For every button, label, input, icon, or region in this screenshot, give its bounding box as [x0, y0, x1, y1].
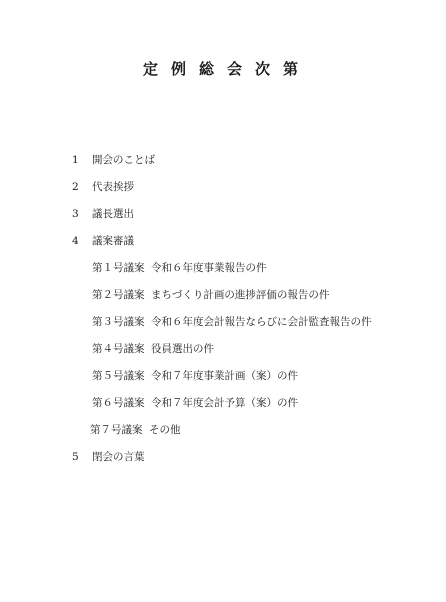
agenda-item-text: 閉会の言葉: [92, 448, 145, 466]
proposal-subject: 令和７年度会計予算（案）の件: [151, 394, 298, 412]
agenda-item-3: 3 議長選出: [0, 205, 446, 232]
agenda-item-text: 開会のことば: [92, 151, 155, 169]
proposal-label: 第６号議案: [92, 394, 145, 412]
agenda-item-number: 1: [72, 151, 79, 169]
proposal-subject: 令和７年度事業計画（案）の件: [151, 367, 298, 385]
agenda-item-number: 2: [72, 178, 79, 196]
proposal-7: 第７号議案 その他: [0, 421, 446, 448]
agenda-item-text: 議長選出: [92, 205, 134, 223]
proposal-label: 第１号議案: [92, 259, 145, 277]
proposal-label: 第３号議案: [92, 313, 145, 331]
proposal-label: 第５号議案: [92, 367, 145, 385]
document-title: 定例総会次第: [0, 58, 446, 79]
proposal-label: 第７号議案: [90, 421, 143, 439]
agenda-item-number: 3: [72, 205, 79, 223]
agenda-item-2: 2 代表挨拶: [0, 178, 446, 205]
agenda-item-4: 4 議案審議: [0, 232, 446, 259]
agenda-item-number: 4: [72, 232, 79, 250]
proposal-label: 第２号議案: [92, 286, 145, 304]
agenda-list: 1 開会のことば 2 代表挨拶 3 議長選出 4 議案審議 第１号議案 令和６年…: [0, 151, 446, 475]
agenda-item-number: 5: [72, 448, 79, 466]
agenda-item-text: 議案審議: [92, 232, 134, 250]
proposal-subject: 令和６年度事業報告の件: [151, 259, 267, 277]
agenda-item-5: 5 閉会の言葉: [0, 448, 446, 475]
proposal-subject: 令和６年度会計報告ならびに会計監査報告の件: [151, 313, 372, 331]
proposal-2: 第２号議案 まちづくり計画の進捗評価の報告の件: [0, 286, 446, 313]
proposal-6: 第６号議案 令和７年度会計予算（案）の件: [0, 394, 446, 421]
proposal-5: 第５号議案 令和７年度事業計画（案）の件: [0, 367, 446, 394]
agenda-item-1: 1 開会のことば: [0, 151, 446, 178]
proposal-subject: その他: [149, 421, 181, 439]
proposal-3: 第３号議案 令和６年度会計報告ならびに会計監査報告の件: [0, 313, 446, 340]
proposal-1: 第１号議案 令和６年度事業報告の件: [0, 259, 446, 286]
proposal-subject: まちづくり計画の進捗評価の報告の件: [151, 286, 329, 304]
agenda-item-text: 代表挨拶: [92, 178, 134, 196]
proposal-4: 第４号議案 役員選出の件: [0, 340, 446, 367]
proposal-subject: 役員選出の件: [151, 340, 214, 358]
proposal-label: 第４号議案: [92, 340, 145, 358]
